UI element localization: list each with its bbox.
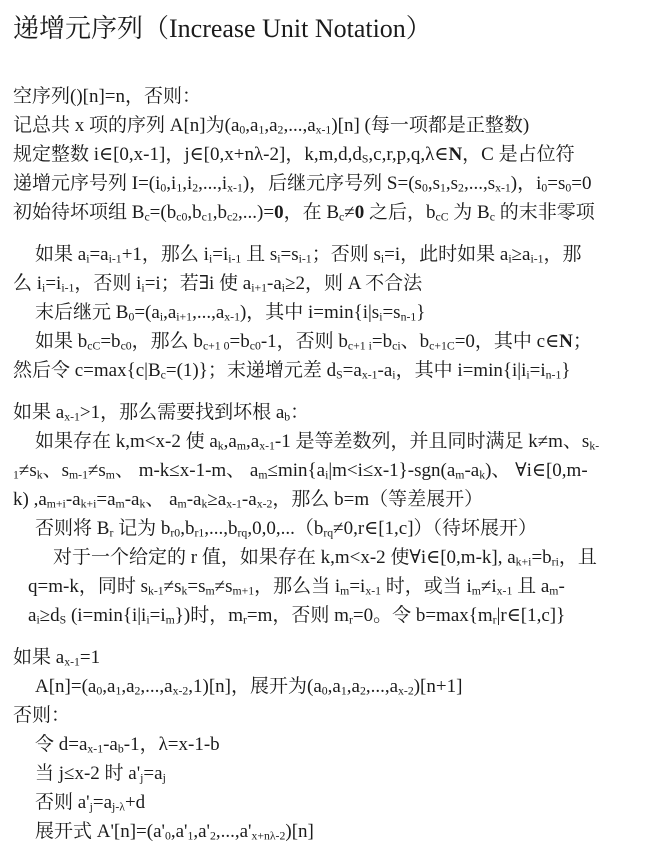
text-line: 末后继元 B0=(ai,ai+1,...,ax-1)，其中 i=min{i|si…: [13, 298, 654, 327]
text-line: 规定整数 i∈[0,x-1]，j∈[0,x+nλ-2]，k,m,d,dS,c,r…: [13, 140, 654, 169]
text-line: 展开式 A'[n]=(a'0,a'1,a'2,...,a'x+nλ-2)[n]: [13, 817, 654, 846]
text-line: 然后令 c=max{c|Bc=(1)}；末递增元差 dS=ax-1-ai，其中 …: [13, 356, 654, 385]
text-line: 如果 ax-1>1，那么需要找到坏根 ab：: [13, 398, 654, 427]
text-line: 空序列()[n]=n，否则：: [13, 82, 654, 111]
text-line: 如果 ai=ai-1+1，那么 ii=ii-1 且 si=si-1；否则 si=…: [13, 240, 654, 269]
text-line: q=m-k，同时 sk-1≠sk=sm≠sm+1，那么当 im=ix-1 时，或…: [13, 572, 654, 601]
text-line: A[n]=(a0,a1,a2,...,ax-2,1)[n]，展开为(a0,a1,…: [13, 672, 654, 701]
definitions-block: 空序列()[n]=n，否则： 记总共 x 项的序列 A[n]为(a0,a1,a2…: [13, 82, 654, 227]
text-line: 令 d=ax-1-ab-1，λ=x-1-b: [13, 730, 654, 759]
text-line: ai≥dS (i=min{i|ii=im})时，mr=m，否则 mr=0。令 b…: [13, 601, 654, 630]
text-line: 当 j≤x-2 时 a'j=aj: [13, 759, 654, 788]
bad-root-block: 如果 ax-1>1，那么需要找到坏根 ab： 如果存在 k,m<x-2 使 ak…: [13, 398, 654, 630]
text-line: 否则将 Br 记为 br0,br1,...,brq,0,0,...（brq≠0,…: [13, 514, 654, 543]
document-page: 递增元序列（Increase Unit Notation） 空序列()[n]=n…: [0, 0, 660, 850]
text-line: 如果 bcC=bc0，那么 bc+1 0=bc0-1，否则 bc+1 i=bci…: [13, 327, 654, 356]
expansion-block: 如果 ax-1=1 A[n]=(a0,a1,a2,...,ax-2,1)[n]，…: [13, 643, 654, 846]
text-line: 记总共 x 项的序列 A[n]为(a0,a1,a2,...,ax-1)[n] (…: [13, 111, 654, 140]
text-line: 初始待坏项组 Bc=(bc0,bc1,bc2,...)=0，在 Bc≠0 之后，…: [13, 198, 654, 227]
rules-block: 如果 ai=ai-1+1，那么 ii=ii-1 且 si=si-1；否则 si=…: [13, 240, 654, 385]
text-line: 如果存在 k,m<x-2 使 ak,am,ax-1-1 是等差数列，并且同时满足…: [13, 427, 654, 456]
text-line: 么 ii=ii-1，否则 ii=i；若∃i 使 ai+1-ai≥2，则 A 不合…: [13, 269, 654, 298]
text-line: 递增元序号列 I=(i0,i1,i2,...,ix-1)，后继元序号列 S=(s…: [13, 169, 654, 198]
text-line: 否则 a'j=aj-λ+d: [13, 788, 654, 817]
text-line: 对于一个给定的 r 值，如果存在 k,m<x-2 使∀i∈[0,m-k], ak…: [13, 543, 654, 572]
text-line: 1≠sk、sm-1≠sm、 m-k≤x-1-m、 am≤min{ai|m<i≤x…: [13, 456, 654, 485]
text-line: 如果 ax-1=1: [13, 643, 654, 672]
text-line: k) ,am+i-ak+i=am-ak、 am-ak≥ax-1-ax-2，那么 …: [13, 485, 654, 514]
text-line: 否则：: [13, 701, 654, 730]
page-title: 递增元序列（Increase Unit Notation）: [13, 12, 654, 46]
